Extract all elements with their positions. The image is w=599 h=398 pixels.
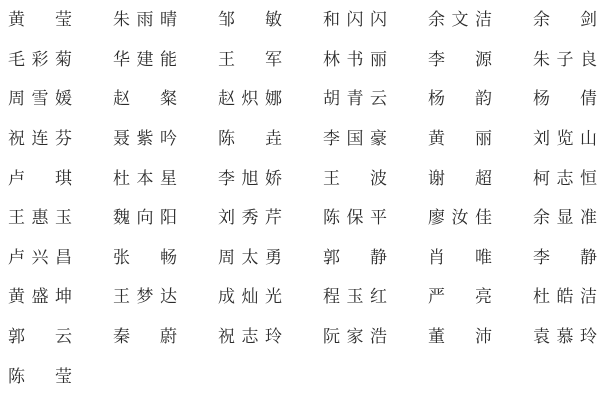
name-char: 览	[557, 130, 574, 147]
name-char: 肖	[428, 249, 445, 266]
name-char: 坤	[55, 288, 72, 305]
name-char: 闪	[370, 11, 387, 28]
name-cell: 阮家浩	[323, 328, 387, 345]
name-char: 余	[533, 209, 550, 226]
name-char: 超	[475, 170, 492, 187]
name-cell: 杨韵	[428, 90, 492, 107]
name-char: 陈	[323, 209, 340, 226]
name-cell: 朱雨晴	[113, 11, 177, 28]
name-cell: 程玉红	[323, 288, 387, 305]
name-cell: 王梦达	[113, 288, 177, 305]
name-char: 灿	[242, 288, 259, 305]
name-char: 闪	[347, 11, 364, 28]
name-char: 陈	[218, 130, 235, 147]
name-cell: 魏向阳	[113, 209, 177, 226]
name-char: 子	[557, 51, 574, 68]
name-char: 保	[347, 209, 364, 226]
name-cell: 陈垚	[218, 130, 282, 147]
name-char: 剑	[580, 11, 597, 28]
name-cell: 成灿光	[218, 288, 282, 305]
name-char: 郭	[8, 328, 25, 345]
name-cell: 杜皓洁	[533, 288, 597, 305]
name-char: 亮	[475, 288, 492, 305]
name-char: 周	[8, 90, 25, 107]
name-cell: 和闪闪	[323, 11, 387, 28]
name-char: 皓	[557, 288, 574, 305]
name-char: 袁	[533, 328, 550, 345]
name-cell: 赵粲	[113, 90, 177, 107]
name-char: 能	[160, 51, 177, 68]
name-char: 媛	[55, 90, 72, 107]
name-char: 黄	[8, 288, 25, 305]
name-cell: 卢兴昌	[8, 249, 72, 266]
name-char: 阳	[160, 209, 177, 226]
name-char: 盛	[32, 288, 49, 305]
name-char: 彩	[32, 51, 49, 68]
name-char: 芬	[55, 130, 72, 147]
name-char: 卢	[8, 170, 25, 187]
name-char: 琪	[55, 170, 72, 187]
name-char: 刘	[533, 130, 550, 147]
name-char: 平	[370, 209, 387, 226]
name-cell: 王波	[323, 170, 387, 187]
name-char: 玲	[580, 328, 597, 345]
name-char: 李	[323, 130, 340, 147]
name-char: 祝	[8, 130, 25, 147]
name-char: 畅	[160, 249, 177, 266]
name-char: 卢	[8, 249, 25, 266]
name-char: 紫	[137, 130, 154, 147]
name-char: 志	[242, 328, 259, 345]
name-cell: 黄丽	[428, 130, 492, 147]
name-char: 杜	[533, 288, 550, 305]
name-char: 陈	[8, 368, 25, 385]
name-char: 蔚	[160, 328, 177, 345]
name-char: 军	[265, 51, 282, 68]
name-char: 云	[55, 328, 72, 345]
name-cell: 祝志玲	[218, 328, 282, 345]
name-cell: 杜本星	[113, 170, 177, 187]
name-char: 梦	[137, 288, 154, 305]
name-char: 丽	[475, 130, 492, 147]
name-char: 勇	[265, 249, 282, 266]
name-cell: 周太勇	[218, 249, 282, 266]
name-char: 程	[323, 288, 340, 305]
name-cell: 郭静	[323, 249, 387, 266]
name-cell: 廖汝佳	[428, 209, 492, 226]
name-char: 炽	[242, 90, 259, 107]
name-char: 倩	[580, 90, 597, 107]
name-cell: 刘览山	[533, 130, 597, 147]
name-cell: 李国豪	[323, 130, 387, 147]
name-cell: 周雪媛	[8, 90, 72, 107]
name-char: 王	[8, 209, 25, 226]
name-char: 廖	[428, 209, 445, 226]
name-cell: 杨倩	[533, 90, 597, 107]
name-char: 柯	[533, 170, 550, 187]
name-char: 垚	[265, 130, 282, 147]
name-char: 秀	[242, 209, 259, 226]
name-char: 豪	[370, 130, 387, 147]
name-char: 红	[370, 288, 387, 305]
name-cell: 严亮	[428, 288, 492, 305]
name-char: 黄	[8, 11, 25, 28]
name-char: 青	[347, 90, 364, 107]
name-char: 娜	[265, 90, 282, 107]
name-char: 星	[160, 170, 177, 187]
name-char: 黄	[428, 130, 445, 147]
name-cell: 张畅	[113, 249, 177, 266]
name-char: 林	[323, 51, 340, 68]
name-char: 菊	[55, 51, 72, 68]
name-char: 准	[580, 209, 597, 226]
name-char: 王	[113, 288, 130, 305]
name-char: 董	[428, 328, 445, 345]
name-char: 建	[137, 51, 154, 68]
name-char: 本	[137, 170, 154, 187]
name-char: 毛	[8, 51, 25, 68]
name-char: 朱	[533, 51, 550, 68]
name-char: 和	[323, 11, 340, 28]
name-char: 静	[580, 249, 597, 266]
name-cell: 柯志恒	[533, 170, 597, 187]
name-char: 敏	[265, 11, 282, 28]
name-cell: 黄盛坤	[8, 288, 72, 305]
name-cell: 袁慕玲	[533, 328, 597, 345]
name-char: 胡	[323, 90, 340, 107]
name-char: 赵	[218, 90, 235, 107]
name-cell: 王惠玉	[8, 209, 72, 226]
name-char: 慕	[557, 328, 574, 345]
name-char: 杨	[533, 90, 550, 107]
name-cell: 聂紫吟	[113, 130, 177, 147]
name-char: 显	[557, 209, 574, 226]
name-char: 魏	[113, 209, 130, 226]
name-char: 刘	[218, 209, 235, 226]
name-char: 杨	[428, 90, 445, 107]
name-cell: 赵炽娜	[218, 90, 282, 107]
name-char: 晴	[160, 11, 177, 28]
name-char: 祝	[218, 328, 235, 345]
name-char: 吟	[160, 130, 177, 147]
name-char: 阮	[323, 328, 340, 345]
name-char: 李	[428, 51, 445, 68]
name-cell: 胡青云	[323, 90, 387, 107]
name-char: 兴	[32, 249, 49, 266]
name-char: 秦	[113, 328, 130, 345]
name-cell: 邹敏	[218, 11, 282, 28]
name-char: 杜	[113, 170, 130, 187]
name-char: 成	[218, 288, 235, 305]
name-cell: 秦蔚	[113, 328, 177, 345]
name-char: 山	[580, 130, 597, 147]
name-cell: 郭云	[8, 328, 72, 345]
name-char: 恒	[580, 170, 597, 187]
name-char: 余	[428, 11, 445, 28]
name-char: 旭	[242, 170, 259, 187]
name-list: 黄莹朱雨晴邹敏和闪闪余文洁余剑毛彩菊华建能王军林书丽李源朱子良周雪媛赵粲赵炽娜胡…	[0, 0, 599, 398]
name-char: 张	[113, 249, 130, 266]
name-char: 洁	[475, 11, 492, 28]
name-char: 沛	[475, 328, 492, 345]
name-char: 波	[370, 170, 387, 187]
name-cell: 余剑	[533, 11, 597, 28]
name-cell: 李静	[533, 249, 597, 266]
name-char: 向	[137, 209, 154, 226]
name-char: 连	[32, 130, 49, 147]
name-cell: 祝连芬	[8, 130, 72, 147]
name-cell: 刘秀芹	[218, 209, 282, 226]
name-char: 李	[533, 249, 550, 266]
name-cell: 肖唯	[428, 249, 492, 266]
name-cell: 余文洁	[428, 11, 492, 28]
name-cell: 余显准	[533, 209, 597, 226]
name-char: 良	[580, 51, 597, 68]
name-char: 赵	[113, 90, 130, 107]
name-char: 文	[452, 11, 469, 28]
name-char: 雪	[32, 90, 49, 107]
name-char: 丽	[370, 51, 387, 68]
name-char: 娇	[265, 170, 282, 187]
name-char: 李	[218, 170, 235, 187]
name-char: 云	[370, 90, 387, 107]
name-char: 华	[113, 51, 130, 68]
name-char: 朱	[113, 11, 130, 28]
name-cell: 董沛	[428, 328, 492, 345]
name-char: 玉	[55, 209, 72, 226]
name-cell: 林书丽	[323, 51, 387, 68]
name-char: 书	[347, 51, 364, 68]
name-char: 周	[218, 249, 235, 266]
name-char: 达	[160, 288, 177, 305]
name-cell: 谢超	[428, 170, 492, 187]
name-char: 家	[347, 328, 364, 345]
name-cell: 朱子良	[533, 51, 597, 68]
name-char: 雨	[137, 11, 154, 28]
name-cell: 陈莹	[8, 368, 72, 385]
name-char: 余	[533, 11, 550, 28]
name-char: 浩	[370, 328, 387, 345]
name-char: 严	[428, 288, 445, 305]
name-cell: 毛彩菊	[8, 51, 72, 68]
name-char: 静	[370, 249, 387, 266]
name-cell: 陈保平	[323, 209, 387, 226]
name-char: 谢	[428, 170, 445, 187]
name-cell: 李旭娇	[218, 170, 282, 187]
name-char: 芹	[265, 209, 282, 226]
name-char: 邹	[218, 11, 235, 28]
name-char: 洁	[580, 288, 597, 305]
name-cell: 卢琪	[8, 170, 72, 187]
name-char: 国	[347, 130, 364, 147]
name-char: 唯	[475, 249, 492, 266]
name-char: 莹	[55, 368, 72, 385]
name-char: 玲	[265, 328, 282, 345]
name-char: 粲	[160, 90, 177, 107]
name-cell: 李源	[428, 51, 492, 68]
name-char: 莹	[55, 11, 72, 28]
name-char: 郭	[323, 249, 340, 266]
name-char: 佳	[475, 209, 492, 226]
name-char: 汝	[452, 209, 469, 226]
name-char: 太	[242, 249, 259, 266]
name-cell: 黄莹	[8, 11, 72, 28]
name-char: 源	[475, 51, 492, 68]
name-char: 志	[557, 170, 574, 187]
name-char: 聂	[113, 130, 130, 147]
name-cell: 华建能	[113, 51, 177, 68]
name-char: 玉	[347, 288, 364, 305]
name-char: 惠	[32, 209, 49, 226]
name-char: 光	[265, 288, 282, 305]
name-cell: 王军	[218, 51, 282, 68]
name-char: 王	[323, 170, 340, 187]
name-char: 王	[218, 51, 235, 68]
name-char: 昌	[55, 249, 72, 266]
name-char: 韵	[475, 90, 492, 107]
